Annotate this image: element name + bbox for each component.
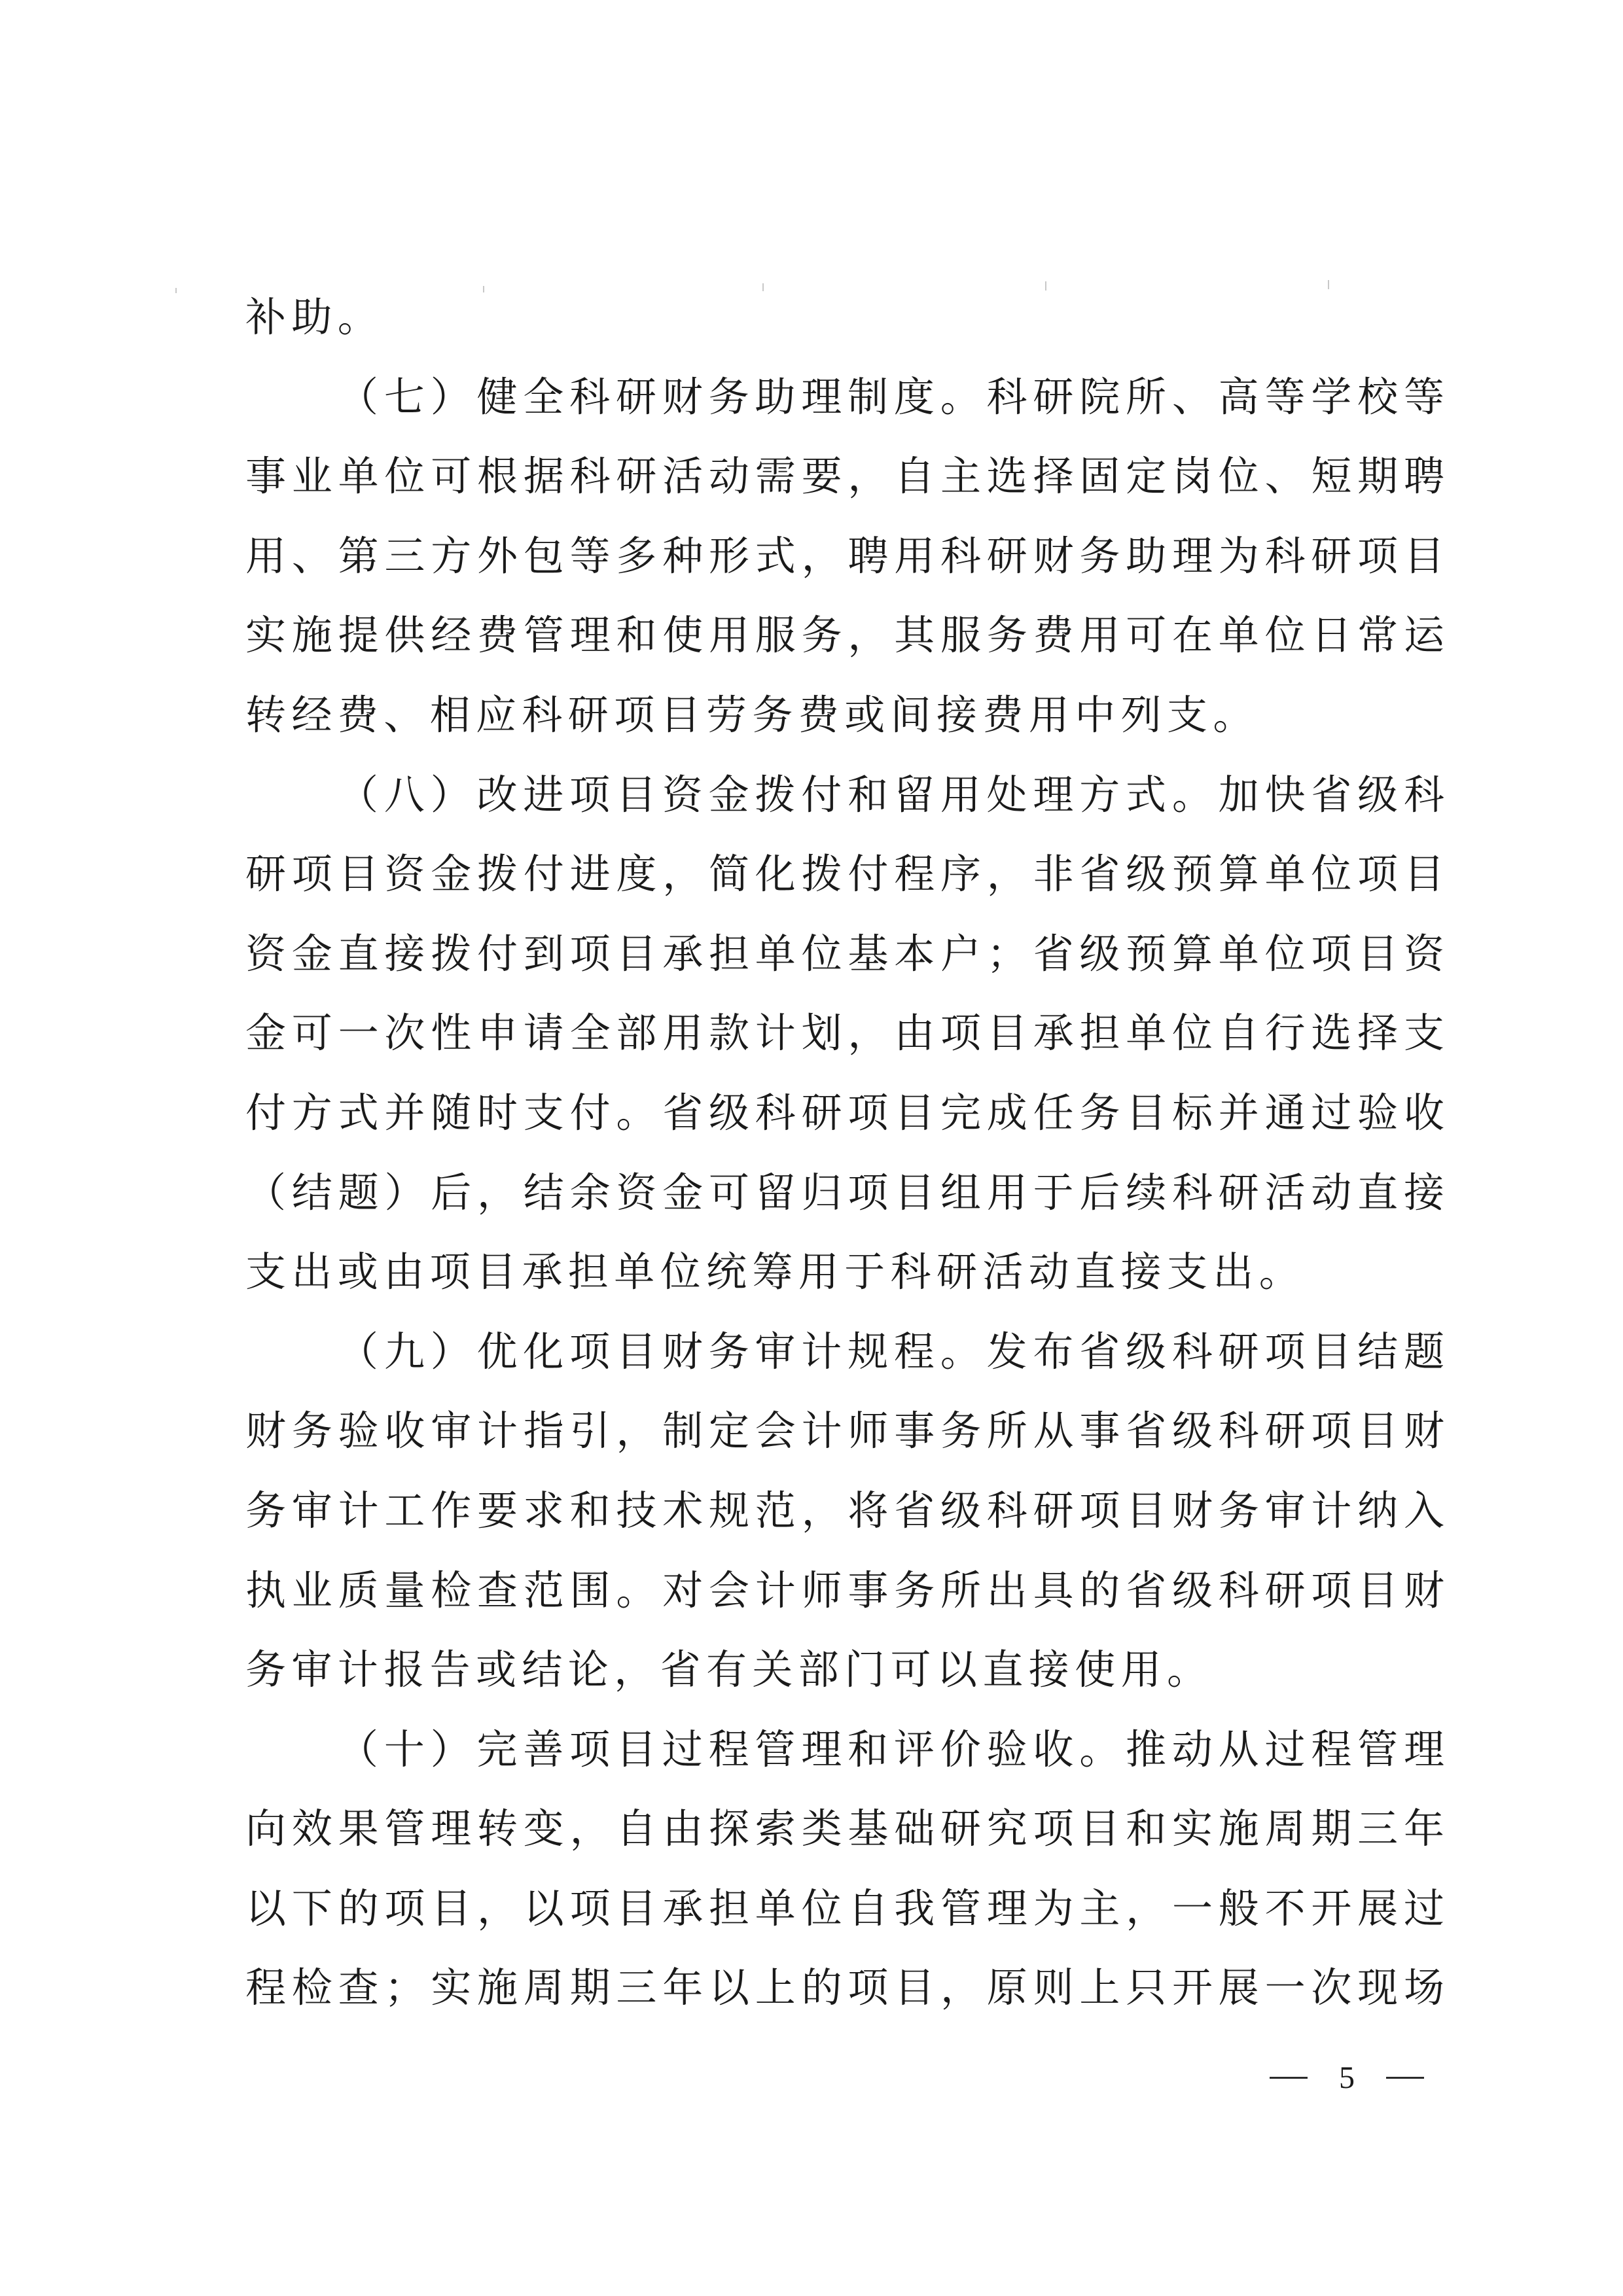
- page-number-footer: 5: [1270, 2058, 1424, 2097]
- text-line: 金可一次性申请全部用款计划，由项目承担单位自行选择支: [245, 1004, 1444, 1084]
- paragraph-10-process-management: （十）完善项目过程管理和评价验收。推动从过程管理 向效果管理转变，自由探索类基础…: [245, 1720, 1444, 2038]
- text-line: 用、第三方外包等多种形式，聘用科研财务助理为科研项目: [245, 527, 1444, 607]
- paragraph-heading-line: （七）健全科研财务助理制度。科研院所、高等学校等: [245, 368, 1444, 448]
- paragraph-continuation: 补助。: [245, 288, 1444, 368]
- text-line: 支出或由项目承担单位统筹用于科研活动直接支出。: [245, 1243, 1444, 1322]
- text-line: 事业单位可根据科研活动需要，自主选择固定岗位、短期聘: [245, 447, 1444, 527]
- text-line: 程检查；实施周期三年以上的项目，原则上只开展一次现场: [245, 1958, 1444, 2038]
- text-line: 付方式并随时支付。省级科研项目完成任务目标并通过验收: [245, 1084, 1444, 1163]
- paragraph-7-finance-assistant: （七）健全科研财务助理制度。科研院所、高等学校等 事业单位可根据科研活动需要，自…: [245, 368, 1444, 766]
- text-line: 补助。: [245, 288, 1444, 368]
- text-line: 向效果管理转变，自由探索类基础研究项目和实施周期三年: [245, 1799, 1444, 1879]
- paragraph-heading-line: （九）优化项目财务审计规程。发布省级科研项目结题: [245, 1322, 1444, 1402]
- text-line: 财务验收审计指引，制定会计师事务所从事省级科研项目财: [245, 1402, 1444, 1481]
- document-page: 补助。 （七）健全科研财务助理制度。科研院所、高等学校等 事业单位可根据科研活动…: [0, 0, 1623, 2296]
- paragraph-heading-line: （八）改进项目资金拨付和留用处理方式。加快省级科: [245, 766, 1444, 845]
- text-line: （结题）后，结余资金可留归项目组用于后续科研活动直接: [245, 1163, 1444, 1243]
- text-line: 以下的项目，以项目承担单位自我管理为主，一般不开展过: [245, 1879, 1444, 1959]
- paragraph-8-fund-allocation: （八）改进项目资金拨付和留用处理方式。加快省级科 研项目资金拨付进度，简化拨付程…: [245, 766, 1444, 1322]
- text-line: 实施提供经费管理和使用服务，其服务费用可在单位日常运: [245, 606, 1444, 686]
- page-number: 5: [1339, 2060, 1355, 2096]
- em-dash-right: [1386, 2077, 1424, 2079]
- text-line: 务审计工作要求和技术规范，将省级科研项目财务审计纳入: [245, 1481, 1444, 1561]
- em-dash-left: [1270, 2077, 1308, 2079]
- text-line: 资金直接拨付到项目承担单位基本户；省级预算单位项目资: [245, 925, 1444, 1004]
- text-line: 务审计报告或结论，省有关部门可以直接使用。: [245, 1640, 1444, 1720]
- document-body: 补助。 （七）健全科研财务助理制度。科研院所、高等学校等 事业单位可根据科研活动…: [245, 288, 1444, 2038]
- paragraph-9-audit-procedure: （九）优化项目财务审计规程。发布省级科研项目结题 财务验收审计指引，制定会计师事…: [245, 1322, 1444, 1720]
- text-line: 研项目资金拨付进度，简化拨付程序，非省级预算单位项目: [245, 845, 1444, 925]
- paragraph-heading-line: （十）完善项目过程管理和评价验收。推动从过程管理: [245, 1720, 1444, 1800]
- text-line: 转经费、相应科研项目劳务费或间接费用中列支。: [245, 686, 1444, 766]
- scan-speck: [175, 288, 177, 293]
- text-line: 执业质量检查范围。对会计师事务所出具的省级科研项目财: [245, 1561, 1444, 1641]
